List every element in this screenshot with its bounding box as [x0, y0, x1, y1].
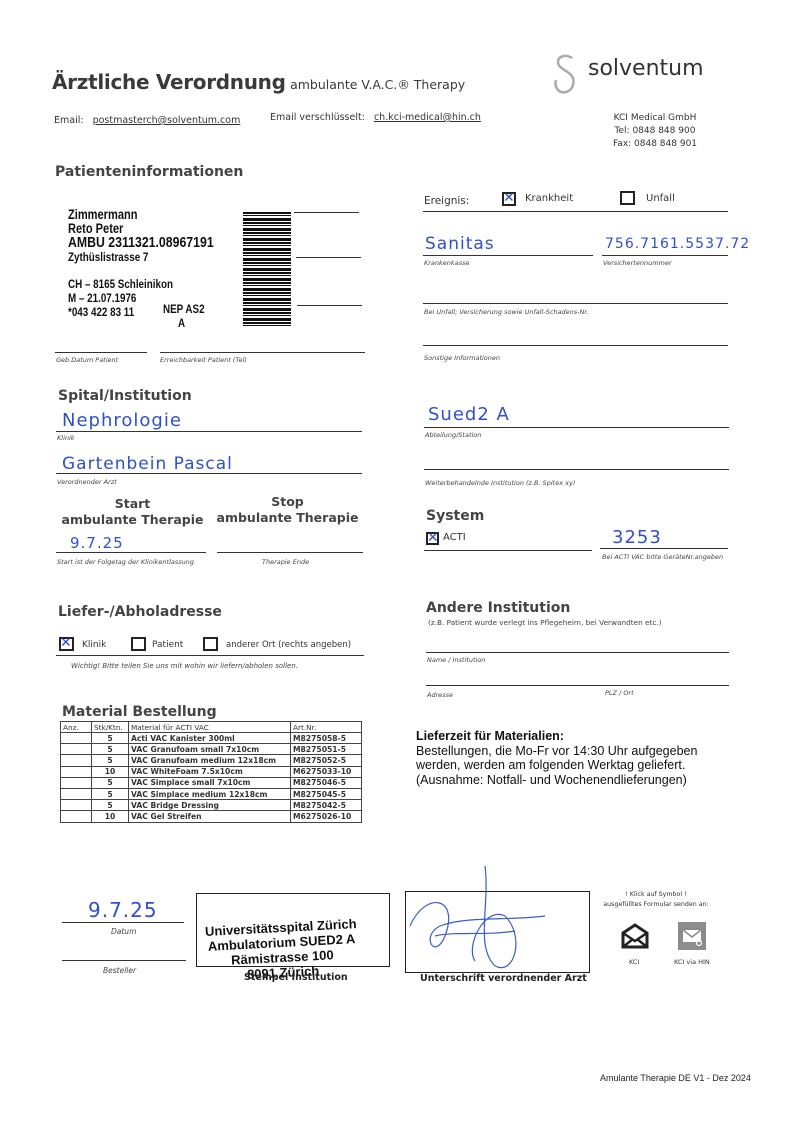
article-number-cell: M8275052-5 [291, 755, 362, 766]
stop-heading-line2: ambulante Therapie [215, 510, 360, 526]
department-line [424, 427, 729, 428]
material-row: 5VAC Bridge DressingM8275042-5 [61, 800, 362, 811]
other-institution-heading: Andere Institution [426, 600, 570, 616]
material-name-cell: VAC WhiteFoam 7.5x10cm [129, 766, 291, 777]
other-address-caption: Adresse [427, 691, 453, 699]
brand-name: solventum [588, 56, 704, 81]
stop-caption: Therapie Ende [262, 558, 309, 566]
email-label: Email: [54, 115, 84, 126]
col-qty: Anz. [61, 722, 92, 733]
label-line [296, 257, 361, 258]
article-number-cell: M8275046-5 [291, 777, 362, 788]
company-fax: Fax: 0848 848 901 [600, 138, 710, 151]
patient-ward-letter: A [178, 316, 185, 330]
phone-line [160, 352, 365, 353]
qty-cell[interactable] [61, 755, 92, 766]
patient-street: Zythüslistrasse 7 [68, 250, 214, 264]
delivery-time-line: werden, werden am folgenden Werktag geli… [416, 758, 697, 773]
article-number-cell: M8275045-5 [291, 788, 362, 799]
per-box-cell: 5 [92, 777, 129, 788]
doctor-caption: Verordnender Arzt [57, 478, 117, 486]
start-date-line [56, 552, 206, 553]
date-caption: Datum [111, 927, 136, 936]
clinic-value[interactable]: Nephrologie [62, 410, 182, 431]
order-date-value[interactable]: 9.7.25 [88, 898, 158, 922]
patient-heading: Patienteninformationen [55, 164, 243, 180]
per-box-cell: 5 [92, 733, 129, 744]
device-caption: Bei ACTI VAC bitte GeräteNr.angeben [602, 553, 723, 561]
birthdate-line [55, 352, 147, 353]
other-info-line [423, 345, 728, 346]
doctor-value[interactable]: Gartenbein Pascal [62, 454, 233, 474]
solventum-logo-icon [550, 52, 584, 96]
qty-cell[interactable] [61, 777, 92, 788]
insured-number-value[interactable]: 756.7161.5537.72 [605, 236, 750, 252]
insured-number-caption: Versichertennummer [603, 259, 672, 267]
material-row: 10VAC WhiteFoam 7.5x10cmM6275033-10 [61, 766, 362, 777]
start-heading: Start ambulante Therapie [60, 496, 205, 528]
other-place-checkbox[interactable] [203, 637, 218, 651]
other-zip-caption: PLZ / Ort [605, 689, 634, 697]
device-number-value[interactable]: 3253 [612, 527, 662, 548]
doctor-line [56, 473, 362, 474]
doctor-signature-caption: Unterschrift verordnender Arzt [420, 973, 587, 984]
patient-city: CH – 8165 Schleinikon [68, 277, 214, 291]
send-hin-button[interactable] [678, 922, 706, 950]
material-row: 10VAC Gel StreifenM6275026-10 [61, 811, 362, 822]
birthdate-caption: Geb.Datum Patient [56, 356, 118, 364]
department-caption: Abteilung/Station [425, 431, 481, 439]
col-material: Material für ACTI VAC [129, 722, 291, 733]
article-number-cell: M8275058-5 [291, 733, 362, 744]
send-kci-label: KCI [629, 958, 639, 966]
article-number-cell: M6275026-10 [291, 811, 362, 822]
email-encrypted-label: Email verschlüsselt: [270, 112, 365, 123]
material-name-cell: VAC Simplace small 7x10cm [129, 777, 291, 788]
patient-case-number: AMBU 2311321.08967191 [68, 236, 214, 250]
material-name-cell: Acti VAC Kanister 300ml [129, 733, 291, 744]
footer-version: Amulante Therapie DE V1 - Dez 2024 [600, 1073, 751, 1083]
accident-line [423, 303, 728, 304]
send-instruction-1: ! Klick auf Symbol ! [596, 890, 716, 900]
per-box-cell: 10 [92, 766, 129, 777]
event-line [423, 211, 728, 212]
email-row: Email: postmasterch@solventum.com [54, 115, 240, 126]
email-encrypted-link[interactable]: ch.kci-medical@hin.ch [374, 112, 481, 123]
material-name-cell: VAC Bridge Dressing [129, 800, 291, 811]
material-row: 5VAC Granufoam medium 12x18cmM8275052-5 [61, 755, 362, 766]
insurer-line [423, 255, 593, 256]
start-heading-line1: Start [60, 496, 205, 512]
col-per-box: Stk/Ktn. [92, 722, 129, 733]
start-caption: Start ist der Folgetag der Klinikentlass… [57, 558, 194, 566]
insured-number-line [602, 255, 728, 256]
material-name-cell: VAC Granufoam small 7x10cm [129, 744, 291, 755]
start-date-value[interactable]: 9.7.25 [70, 534, 124, 552]
date-line [62, 922, 184, 923]
stop-heading-line1: Stop [215, 494, 360, 510]
send-instructions: ! Klick auf Symbol ! ausgefülltes Formul… [596, 890, 716, 910]
envelope-open-icon [620, 922, 650, 950]
material-row: 5VAC Simplace small 7x10cmM8275046-5 [61, 777, 362, 788]
patient-last-name: Zimmermann [68, 208, 214, 222]
follow-up-caption: Weiterbehandelnde Institution (z.B. Spit… [425, 479, 575, 487]
stop-date-line [217, 552, 363, 553]
email-encrypted-row: Email verschlüsselt: ch.kci-medical@hin.… [270, 112, 481, 123]
email-link[interactable]: postmasterch@solventum.com [93, 115, 241, 126]
form-title-block: Ärztliche Verordnung ambulante V.A.C.® T… [52, 70, 465, 94]
doctor-signature-icon [405, 866, 595, 976]
per-box-cell: 5 [92, 800, 129, 811]
insurer-caption: Krankenkasse [424, 259, 469, 267]
klinik-label: Klinik [82, 640, 106, 650]
material-name-cell: VAC Granufoam medium 12x18cm [129, 755, 291, 766]
qty-cell[interactable] [61, 766, 92, 777]
article-number-cell: M8275042-5 [291, 800, 362, 811]
col-article: Art.Nr. [291, 722, 362, 733]
other-institution-subheading: (z.B. Patient wurde verlegt ins Pflegehe… [428, 618, 662, 627]
device-number-line [600, 548, 728, 549]
delivery-time-line: Bestellungen, die Mo-Fr vor 14:30 Uhr au… [416, 744, 697, 759]
other-name-line [426, 652, 729, 653]
other-info-caption: Sonstige Informationen [424, 354, 500, 362]
other-address-line [426, 685, 729, 686]
orderer-caption: Besteller [103, 966, 136, 975]
company-tel: Tel: 0848 848 900 [600, 125, 710, 138]
orderer-line [62, 960, 186, 961]
label-line [297, 305, 362, 306]
per-box-cell: 5 [92, 744, 129, 755]
unfall-checkbox[interactable] [620, 191, 635, 205]
system-line [424, 550, 592, 551]
qty-cell[interactable] [61, 744, 92, 755]
other-place-label: anderer Ort (rechts angeben) [226, 640, 351, 650]
send-hin-label: KCI via HIN [674, 958, 710, 966]
patient-checkbox[interactable] [131, 637, 146, 651]
material-heading: Material Bestellung [62, 704, 217, 720]
material-row: 5Acti VAC Kanister 300mlM8275058-5 [61, 733, 362, 744]
delivery-time-line: (Ausnahme: Notfall- und Wochenendlieferu… [416, 773, 697, 788]
unfall-label: Unfall [646, 193, 675, 204]
qty-cell[interactable] [61, 800, 92, 811]
stop-heading: Stop ambulante Therapie [215, 494, 360, 526]
event-label: Ereignis: [424, 195, 469, 207]
material-name-cell: VAC Simplace medium 12x18cm [129, 788, 291, 799]
klinik-checkbox[interactable] [59, 637, 74, 651]
other-name-caption: Name / Institution [427, 656, 485, 664]
insurer-value[interactable]: Sanitas [425, 234, 495, 254]
article-number-cell: M6275033-10 [291, 766, 362, 777]
institution-heading: Spital/Institution [58, 388, 192, 404]
follow-up-line [424, 469, 729, 470]
delivery-line [56, 655, 364, 656]
department-value[interactable]: Sued2 A [428, 404, 510, 425]
label-line [294, 212, 359, 213]
qty-cell[interactable] [61, 788, 92, 799]
krankheit-checkbox[interactable] [502, 192, 516, 206]
stamp-caption: Stempel Institution [244, 972, 348, 983]
brand-logo: solventum [550, 52, 584, 101]
patient-label-sticker: Zimmermann Reto Peter AMBU 2311321.08967… [68, 208, 246, 319]
delivery-note: Wichtig! Bitte teilen Sie uns mit wohin … [71, 662, 298, 670]
patient-option-label: Patient [152, 640, 183, 650]
company-name: KCI Medical GmbH [600, 112, 710, 125]
form-title: Ärztliche Verordnung [52, 70, 286, 94]
acti-checkbox[interactable] [426, 532, 439, 545]
per-box-cell: 5 [92, 788, 129, 799]
material-table: Anz. Stk/Ktn. Material für ACTI VAC Art.… [60, 721, 362, 823]
delivery-heading: Liefer-/Abholadresse [58, 604, 222, 620]
phone-caption: Erreichbarkeit Patient (Tel) [160, 356, 247, 364]
start-heading-line2: ambulante Therapie [60, 512, 205, 528]
delivery-time-heading: Lieferzeit für Materialien: [416, 729, 697, 744]
patient-ward-code: NEP AS2 [163, 302, 205, 316]
krankheit-label: Krankheit [525, 193, 573, 204]
material-name-cell: VAC Gel Streifen [129, 811, 291, 822]
form-subtitle: ambulante V.A.C.® Therapy [290, 77, 465, 92]
send-kci-button[interactable] [620, 922, 650, 955]
envelope-key-icon [678, 922, 706, 950]
material-header-row: Anz. Stk/Ktn. Material für ACTI VAC Art.… [61, 722, 362, 733]
material-row: 5VAC Granufoam small 7x10cmM8275051-5 [61, 744, 362, 755]
qty-cell[interactable] [61, 811, 92, 822]
company-contact: KCI Medical GmbH Tel: 0848 848 900 Fax: … [600, 112, 710, 151]
acti-label: ACTI [443, 532, 466, 543]
send-instruction-2: ausgefülltes Formular senden an: [596, 900, 716, 910]
accident-caption: Bei Unfall; Versicherung sowie Unfall-Sc… [424, 308, 589, 316]
clinic-caption: Klinik [57, 434, 75, 442]
per-box-cell: 5 [92, 755, 129, 766]
system-heading: System [426, 508, 484, 524]
article-number-cell: M8275051-5 [291, 744, 362, 755]
patient-barcode [243, 212, 291, 327]
qty-cell[interactable] [61, 733, 92, 744]
delivery-time-block: Lieferzeit für Materialien: Bestellungen… [416, 729, 697, 787]
material-row: 5VAC Simplace medium 12x18cmM8275045-5 [61, 788, 362, 799]
clinic-line [56, 431, 362, 432]
per-box-cell: 10 [92, 811, 129, 822]
